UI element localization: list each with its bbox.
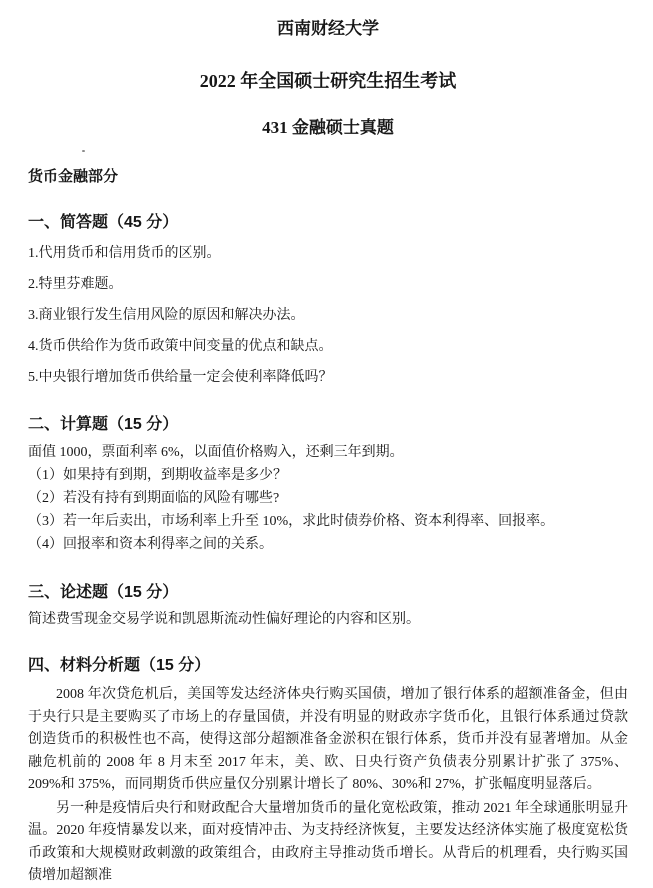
section-heading-material-analysis: 四、材料分析题（15 分）	[28, 656, 628, 675]
university-title: 西南财经大学	[28, 20, 628, 37]
part-label: 货币金融部分	[28, 169, 628, 185]
exam-paper-page: 西南财经大学 2022 年全国硕士研究生招生考试 431 金融硕士真题 货币金融…	[0, 0, 653, 888]
short-answer-question-3: 3.商业银行发生信用风险的原因和解决办法。	[28, 308, 628, 323]
section-heading-essay: 三、论述题（15 分）	[28, 583, 628, 602]
calculation-subquestion-3: （3）若一年后卖出，市场利率上升至 10%，求此时债券价格、资本利得率、回报率。	[28, 514, 628, 529]
exam-title: 2022 年全国硕士研究生招生考试	[28, 72, 628, 90]
calculation-subquestion-1: （1）如果持有到期，到期收益率是多少？	[28, 468, 628, 483]
material-paragraph-1: 2008 年次贷危机后，美国等发达经济体央行购买国债，增加了银行体系的超额准备金…	[28, 684, 628, 797]
section-heading-short-answer: 一、简答题（45 分）	[28, 213, 628, 232]
short-answer-question-4: 4.货币供给作为货币政策中间变量的优点和缺点。	[28, 339, 628, 354]
scan-speck	[82, 150, 85, 152]
subject-title: 431 金融硕士真题	[28, 119, 628, 136]
short-answer-question-5: 5.中央银行增加货币供给量一定会使利率降低吗？	[28, 370, 628, 385]
calculation-problem-statement: 面值 1000，票面利率 6%，以面值价格购入，还剩三年到期。	[28, 445, 628, 460]
section-heading-calculation: 二、计算题（15 分）	[28, 415, 628, 434]
short-answer-question-2: 2.特里芬难题。	[28, 277, 628, 292]
material-paragraph-2: 另一种是疫情后央行和财政配合大量增加货币的量化宽松政策，推动 2021 年全球通…	[28, 798, 628, 888]
calculation-subquestion-4: （4）回报率和资本利得率之间的关系。	[28, 537, 628, 552]
essay-question: 简述费雪现金交易学说和凯恩斯流动性偏好理论的内容和区别。	[28, 612, 628, 627]
calculation-subquestion-2: （2）若没有持有到期面临的风险有哪些?	[28, 491, 628, 506]
short-answer-question-1: 1.代用货币和信用货币的区别。	[28, 246, 628, 261]
